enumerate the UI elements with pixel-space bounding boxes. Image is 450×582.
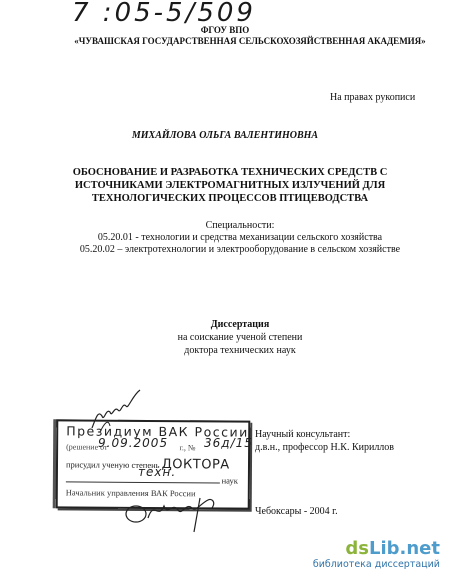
specialty-item: 05.20.01 - технологии и средства механиз… (30, 232, 450, 244)
handwritten-field: техн. (138, 465, 176, 479)
handwritten-number: 36д/15 (204, 436, 253, 450)
rights-note: На правах рукописи (330, 92, 415, 103)
dslib-subtitle: библиотека диссертаций (300, 559, 440, 570)
handwritten-code: 7 :05-5/509 (72, 0, 256, 28)
signature-icon (88, 388, 148, 433)
handwritten-date: 9.09.2005 (98, 436, 168, 450)
title-line: ТЕХНОЛОГИЧЕСКИХ ПРОЦЕССОВ ПТИЦЕВОДСТВА (40, 192, 420, 205)
dslib-watermark: dsLib.net библиотека диссертаций (300, 540, 440, 570)
signature-icon (120, 490, 230, 535)
title-line: ОБОСНОВАНИЕ И РАЗРАБОТКА ТЕХНИЧЕСКИХ СРЕ… (40, 166, 420, 179)
consultant-label: Научный консультант: (255, 428, 394, 441)
scientific-consultant: Научный консультант: д.в.н., профессор Н… (255, 428, 394, 454)
consultant-name: д.в.н., профессор Н.К. Кириллов (255, 441, 394, 454)
specialty-item: 05.20.02 – электротехнологии и электрооб… (30, 244, 450, 256)
org-type: ФГОУ ВПО (0, 25, 450, 35)
org-name: «ЧУВАШСКАЯ ГОСУДАРСТВЕННАЯ СЕЛЬСКОХОЗЯЙС… (70, 36, 430, 46)
dissertation-heading: Диссертация (100, 318, 380, 331)
title-line: ИСТОЧНИКАМИ ЭЛЕКТРОМАГНИТНЫХ ИЗЛУЧЕНИЙ Д… (40, 179, 420, 192)
specialties-heading: Специальности: (30, 220, 450, 232)
degree-line-1: на соискание ученой степени (100, 331, 380, 344)
dissertation-block: Диссертация на соискание ученой степени … (100, 318, 380, 357)
dslib-logo: dsLib.net (300, 540, 440, 558)
specialties: Специальности: 05.20.01 - технологии и с… (30, 220, 450, 256)
dissertation-title: ОБОСНОВАНИЕ И РАЗРАБОТКА ТЕХНИЧЕСКИХ СРЕ… (40, 166, 420, 205)
city-year: Чебоксары - 2004 г. (255, 506, 338, 517)
author-name: МИХАЙЛОВА ОЛЬГА ВАЛЕНТИНОВНА (0, 130, 450, 141)
degree-line-2: доктора технических наук (100, 344, 380, 357)
